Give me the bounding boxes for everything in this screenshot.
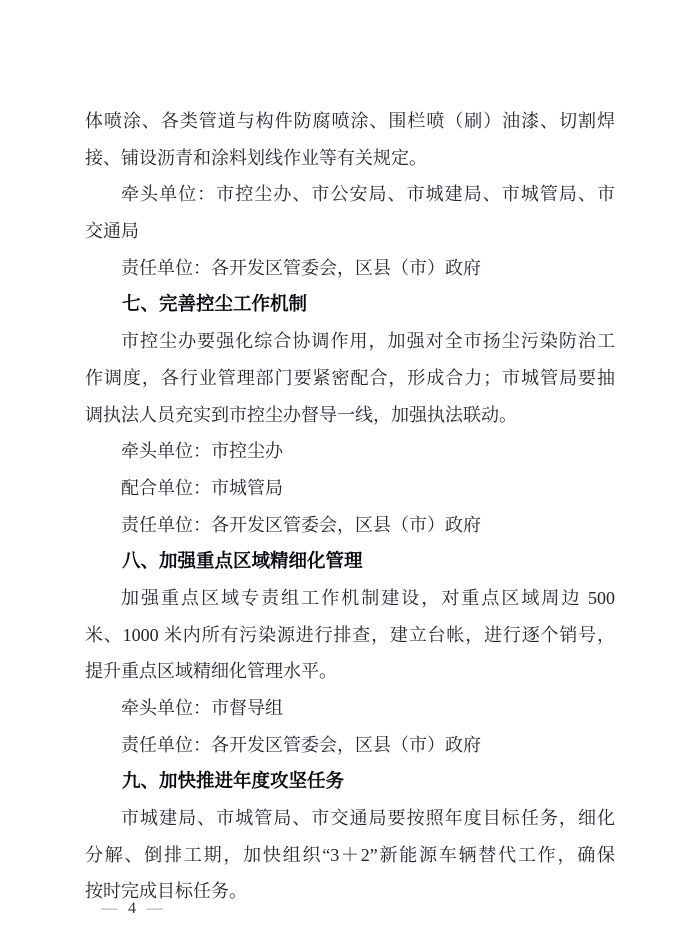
footer-dash-right: —: [147, 900, 163, 917]
paragraph-line: 责任单位：各开发区管委会，区县（市）政府: [85, 250, 615, 287]
paragraph-line: 加强重点区域专责组工作机制建设，对重点区域周边 500: [85, 580, 615, 617]
paragraph-line: 米、1000 米内所有污染源进行排查，建立台帐，进行逐个销号，: [85, 617, 615, 654]
paragraph-line: 体喷涂、各类管道与构件防腐喷涂、围栏喷（刷）油漆、切割焊: [85, 103, 615, 140]
paragraph-line: 配合单位：市城管局: [85, 470, 615, 507]
paragraph-line: 作调度，各行业管理部门要紧密配合，形成合力；市城管局要抽: [85, 360, 615, 397]
paragraph-line: 交通局: [85, 213, 615, 250]
paragraph-line: 责任单位：各开发区管委会，区县（市）政府: [85, 507, 615, 544]
paragraph-line: 牵头单位：市控尘办、市公安局、市城建局、市城管局、市: [85, 176, 615, 213]
page-number: 4: [128, 900, 136, 917]
paragraph-line: 牵头单位：市控尘办: [85, 433, 615, 470]
footer-dash-left: —: [101, 900, 117, 917]
section-heading: 八、加强重点区域精细化管理: [85, 543, 615, 580]
paragraph-line: 市控尘办要强化综合协调作用，加强对全市扬尘污染防治工: [85, 323, 615, 360]
paragraph-line: 接、铺设沥青和涂料划线作业等有关规定。: [85, 140, 615, 177]
paragraph-line: 市城建局、市城管局、市交通局要按照年度目标任务，细化: [85, 800, 615, 837]
paragraph-line: 按时完成目标任务。: [85, 873, 615, 910]
page-footer: —4—: [101, 897, 163, 921]
document-page: 体喷涂、各类管道与构件防腐喷涂、围栏喷（刷）油漆、切割焊接、铺设沥青和涂料划线作…: [0, 0, 700, 946]
paragraph-line: 提升重点区域精细化管理水平。: [85, 653, 615, 690]
section-heading: 九、加快推进年度攻坚任务: [85, 763, 615, 800]
paragraph-line: 牵头单位：市督导组: [85, 690, 615, 727]
paragraph-line: 调执法人员充实到市控尘办督导一线，加强执法联动。: [85, 397, 615, 434]
document-body: 体喷涂、各类管道与构件防腐喷涂、围栏喷（刷）油漆、切割焊接、铺设沥青和涂料划线作…: [85, 103, 615, 910]
section-heading: 七、完善控尘工作机制: [85, 286, 615, 323]
paragraph-line: 分解、倒排工期，加快组织“3＋2”新能源车辆替代工作，确保: [85, 837, 615, 874]
paragraph-line: 责任单位：各开发区管委会，区县（市）政府: [85, 727, 615, 764]
